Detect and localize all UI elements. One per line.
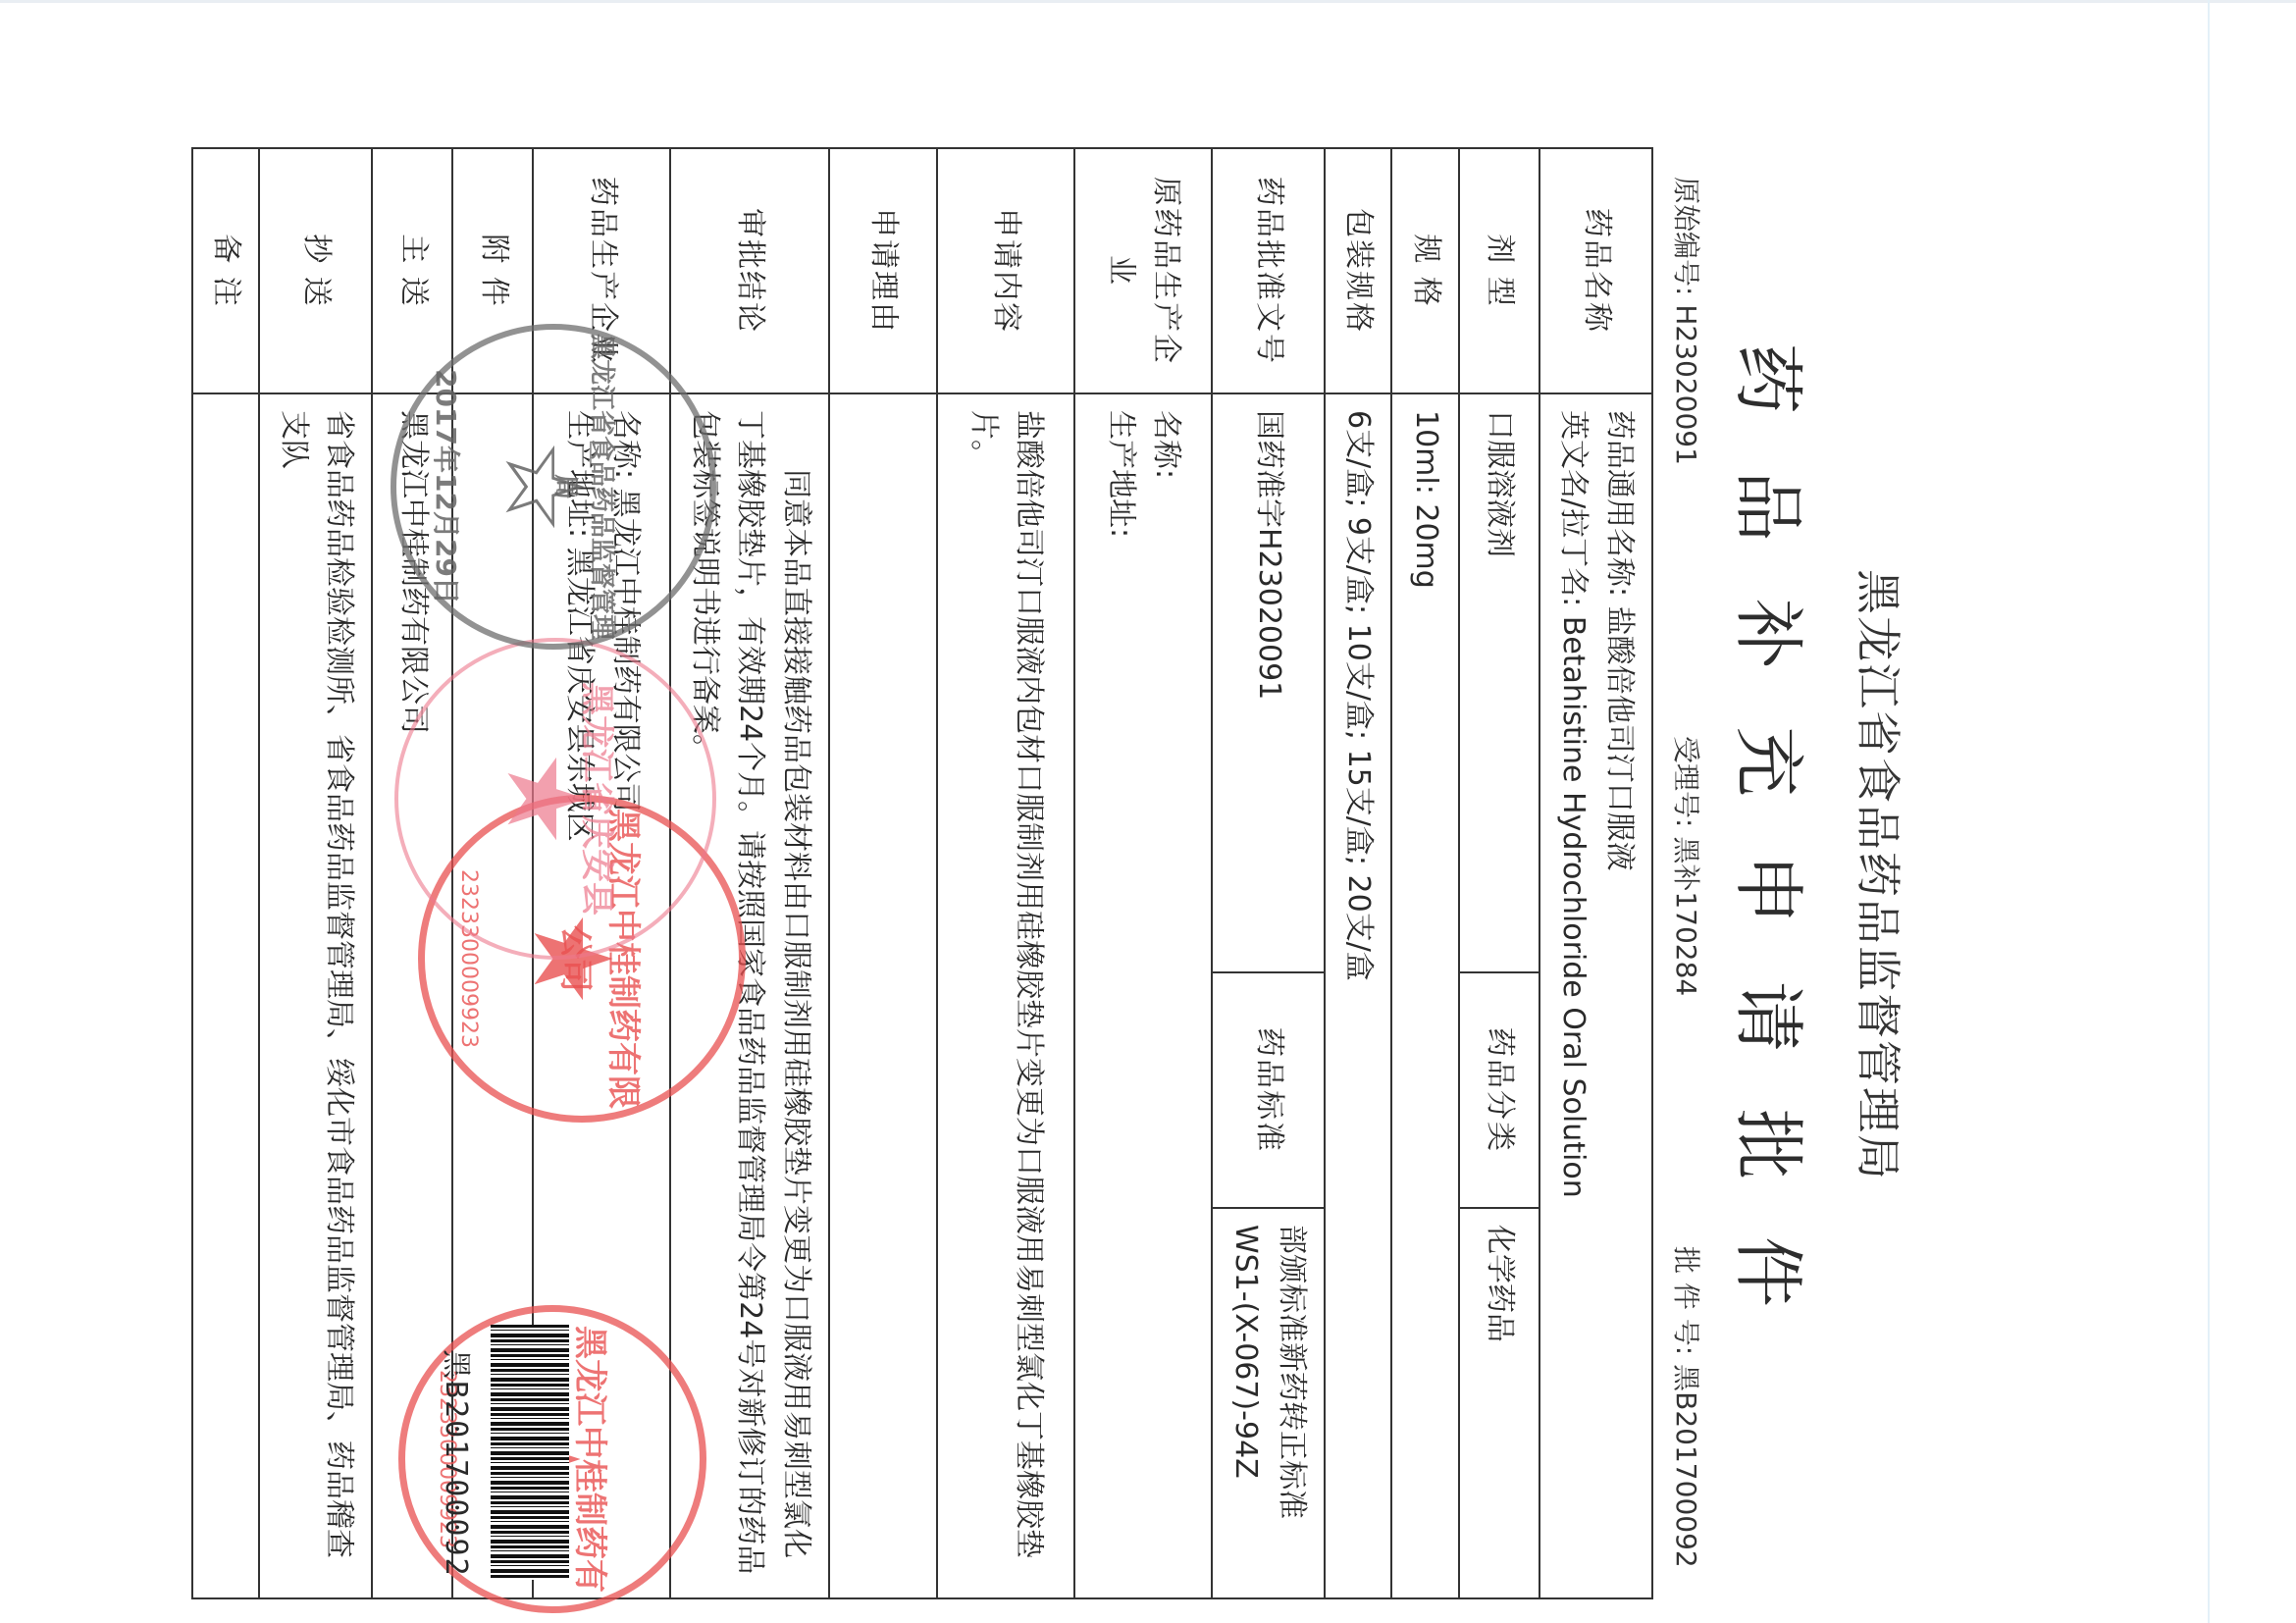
label-application-content: 申请内容 (937, 148, 1074, 393)
row-application-content: 申请内容 盐酸倍他司汀口服液内包材口服制剂用硅橡胶垫片变更为口服液用易刺型氯化丁… (937, 148, 1074, 1598)
row-remarks: 备 注 (192, 148, 260, 1598)
value-drug-standard: 部颁标准新药转正标准WS1-(X-067)-94Z (1212, 1208, 1325, 1598)
row-approval-doc: 药品批准文号 国药准字H23020091 药品标准 部颁标准新药转正标准WS1-… (1212, 148, 1325, 1598)
label-drug-name: 药品名称 (1539, 148, 1652, 393)
label-packaging: 包装规格 (1325, 148, 1392, 393)
label-application-reason: 申请理由 (829, 148, 937, 393)
value-application-content: 盐酸倍他司汀口服液内包材口服制剂用硅橡胶垫片变更为口服液用易刺型氯化丁基橡胶垫片… (937, 393, 1074, 1598)
approval-document: 黑龙江省食品药品监督管理局 药品补充申请批件 原始编号: H23020091 受… (304, 147, 1913, 1619)
row-original-manufacturer: 原药品生产企业 名称: 生产地址: (1074, 148, 1212, 1598)
value-strength: 10ml: 20mg (1392, 393, 1460, 1598)
label-original-manufacturer: 原药品生产企业 (1074, 148, 1212, 393)
label-strength: 规 格 (1392, 148, 1460, 393)
label-approval-doc-no: 药品批准文号 (1212, 148, 1325, 393)
label-cc: 抄 送 (260, 148, 373, 393)
page-edge (0, 0, 2296, 3)
value-drug-name: 药品通用名称: 盐酸倍他司汀口服液 英文名/拉丁名: Betahistine H… (1539, 393, 1652, 1598)
value-remarks (192, 393, 260, 1598)
issuing-organization: 黑龙江省食品药品监督管理局 (1849, 569, 1913, 1181)
row-strength: 规 格 10ml: 20mg (1392, 148, 1460, 1598)
acceptance-number: 受理号: 黑补170284 (1668, 736, 1707, 996)
original-number: 原始编号: H23020091 (1668, 177, 1707, 465)
row-packaging: 包装规格 6支/盒; 9支/盒; 10支/盒; 15支/盒; 20支/盒 (1325, 148, 1392, 1598)
row-drug-name: 药品名称 药品通用名称: 盐酸倍他司汀口服液 英文名/拉丁名: Betahist… (1539, 148, 1652, 1598)
value-dosage-form: 口服溶液剂 (1459, 393, 1539, 972)
label-drug-category: 药品分类 (1459, 972, 1539, 1208)
label-drug-standard: 药品标准 (1212, 972, 1325, 1208)
star-icon: ☆ (490, 330, 598, 644)
row-dosage-form: 剂 型 口服溶液剂 药品分类 化学药品 (1459, 148, 1539, 1598)
label-remarks: 备 注 (192, 148, 260, 393)
label-approval-conclusion: 审批结论 (671, 148, 830, 393)
value-original-manufacturer: 名称: 生产地址: (1074, 393, 1212, 1598)
value-cc: 省食品药品检验检测所、省食品药品监督管理局、绥化市食品药品监督管理局、药品稽查支… (260, 393, 373, 1598)
value-packaging: 6支/盒; 9支/盒; 10支/盒; 15支/盒; 20支/盒 (1325, 393, 1392, 1598)
barcode (491, 1325, 569, 1580)
value-approval-doc-no: 国药准字H23020091 (1212, 393, 1325, 972)
local-seal-stamp: 黑龙江省庆安县 ★ (394, 638, 716, 960)
approval-number: 批 件 号: 黑B201700092 (1668, 1246, 1707, 1568)
value-application-reason (829, 393, 937, 1598)
barcode-number: 黑B201700092 (438, 1349, 481, 1578)
application-form-table: 药品名称 药品通用名称: 盐酸倍他司汀口服液 英文名/拉丁名: Betahist… (191, 147, 1653, 1599)
page-edge (2208, 0, 2210, 1623)
row-application-reason: 申请理由 (829, 148, 937, 1598)
value-drug-category: 化学药品 (1459, 1208, 1539, 1598)
label-dosage-form: 剂 型 (1459, 148, 1539, 393)
document-title: 药品补充申请批件 (1723, 343, 1825, 1364)
row-cc: 抄 送 省食品药品检验检测所、省食品药品监督管理局、绥化市食品药品监督管理局、药… (260, 148, 373, 1598)
official-seal-stamp: 黑龙江省食品药品监督管理局 ☆ 2017年12月29日 (391, 324, 716, 650)
star-icon: ★ (492, 642, 600, 956)
